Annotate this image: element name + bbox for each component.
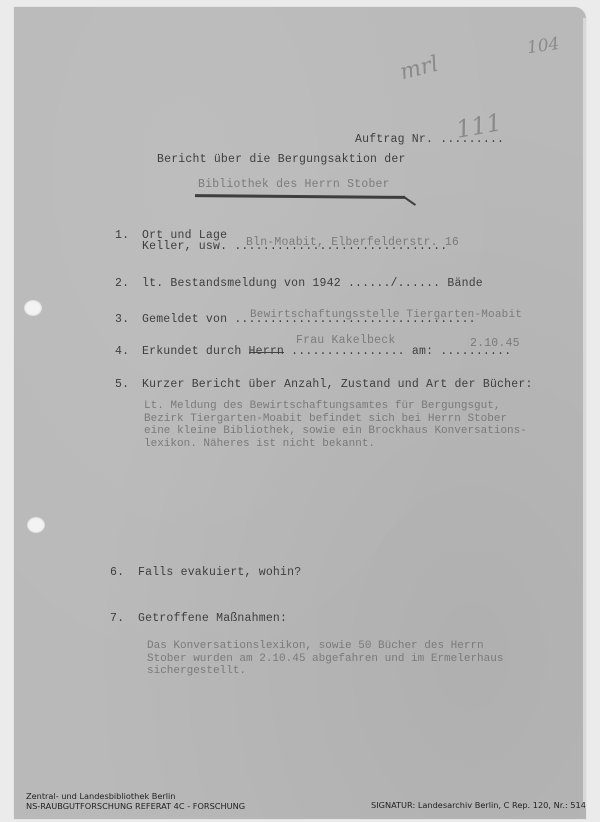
item-5-label: Kurzer Bericht über Anzahl, Zustand und … [142,378,533,391]
punch-hole-bottom [27,517,45,533]
item-2-label: lt. Bestandsmeldung von 1942 [142,277,341,290]
title-rest: über die Bergungsaktion der [214,153,406,166]
item-4-value: Frau Kakelbeck [296,334,395,347]
punch-hole-top [24,300,42,316]
item-4-date-label: am: [412,345,433,358]
item-5-number: 5. [115,378,129,391]
item-7-number: 7. [110,612,124,625]
item-2-line: lt. Bestandsmeldung von 1942 ....../....… [142,277,483,290]
report-title: Bericht über die Bergungsaktion der [157,153,406,166]
item-3-number: 3. [115,313,129,326]
subject-name: Stober [347,178,390,191]
item-6-number: 6. [110,566,124,579]
subject-line: Bibliothek des Herrn Stober [198,178,390,191]
item-4-label: Erkundet durch [142,345,241,358]
item-4-struck-word: Herrn [249,345,285,358]
item-1-number: 1. [115,229,129,242]
item-2-suffix: Bände [447,277,483,290]
item-4-date-value: 2.10.45 [470,337,520,350]
item-2-number: 2. [115,277,129,290]
footer-department: NS-RAUBGUTFORSCHUNG REFERAT 4C - FORSCHU… [26,802,245,812]
page-edge [583,18,586,808]
item-4-number: 4. [115,345,129,358]
item-2-dots: ....../...... [348,277,440,290]
subject-label: Bibliothek des Herrn [198,178,340,191]
title-prefix: Bericht [157,153,207,166]
order-label: Auftrag Nr. [355,133,433,146]
footer-signature: SIGNATUR: Landesarchiv Berlin, C Rep. 12… [371,801,586,811]
footer-left: Zentral- und Landesbibliothek Berlin NS-… [26,792,245,811]
item-3-label: Gemeldet von [142,313,227,326]
item-7-label: Getroffene Maßnahmen: [138,612,287,625]
item-5-text: Lt. Meldung des Bewirtschaftungsamtes fü… [144,400,527,450]
item-3-value: Bewirtschaftungsstelle Tiergarten-Moabit [250,309,522,321]
item-6-label: Falls evakuiert, wohin? [138,566,301,579]
item-7-text: Das Konversationslexikon, sowie 50 Büche… [147,640,503,678]
item-1-value: Bln-Moabit, Elberfelderstr. 16 [246,236,459,249]
